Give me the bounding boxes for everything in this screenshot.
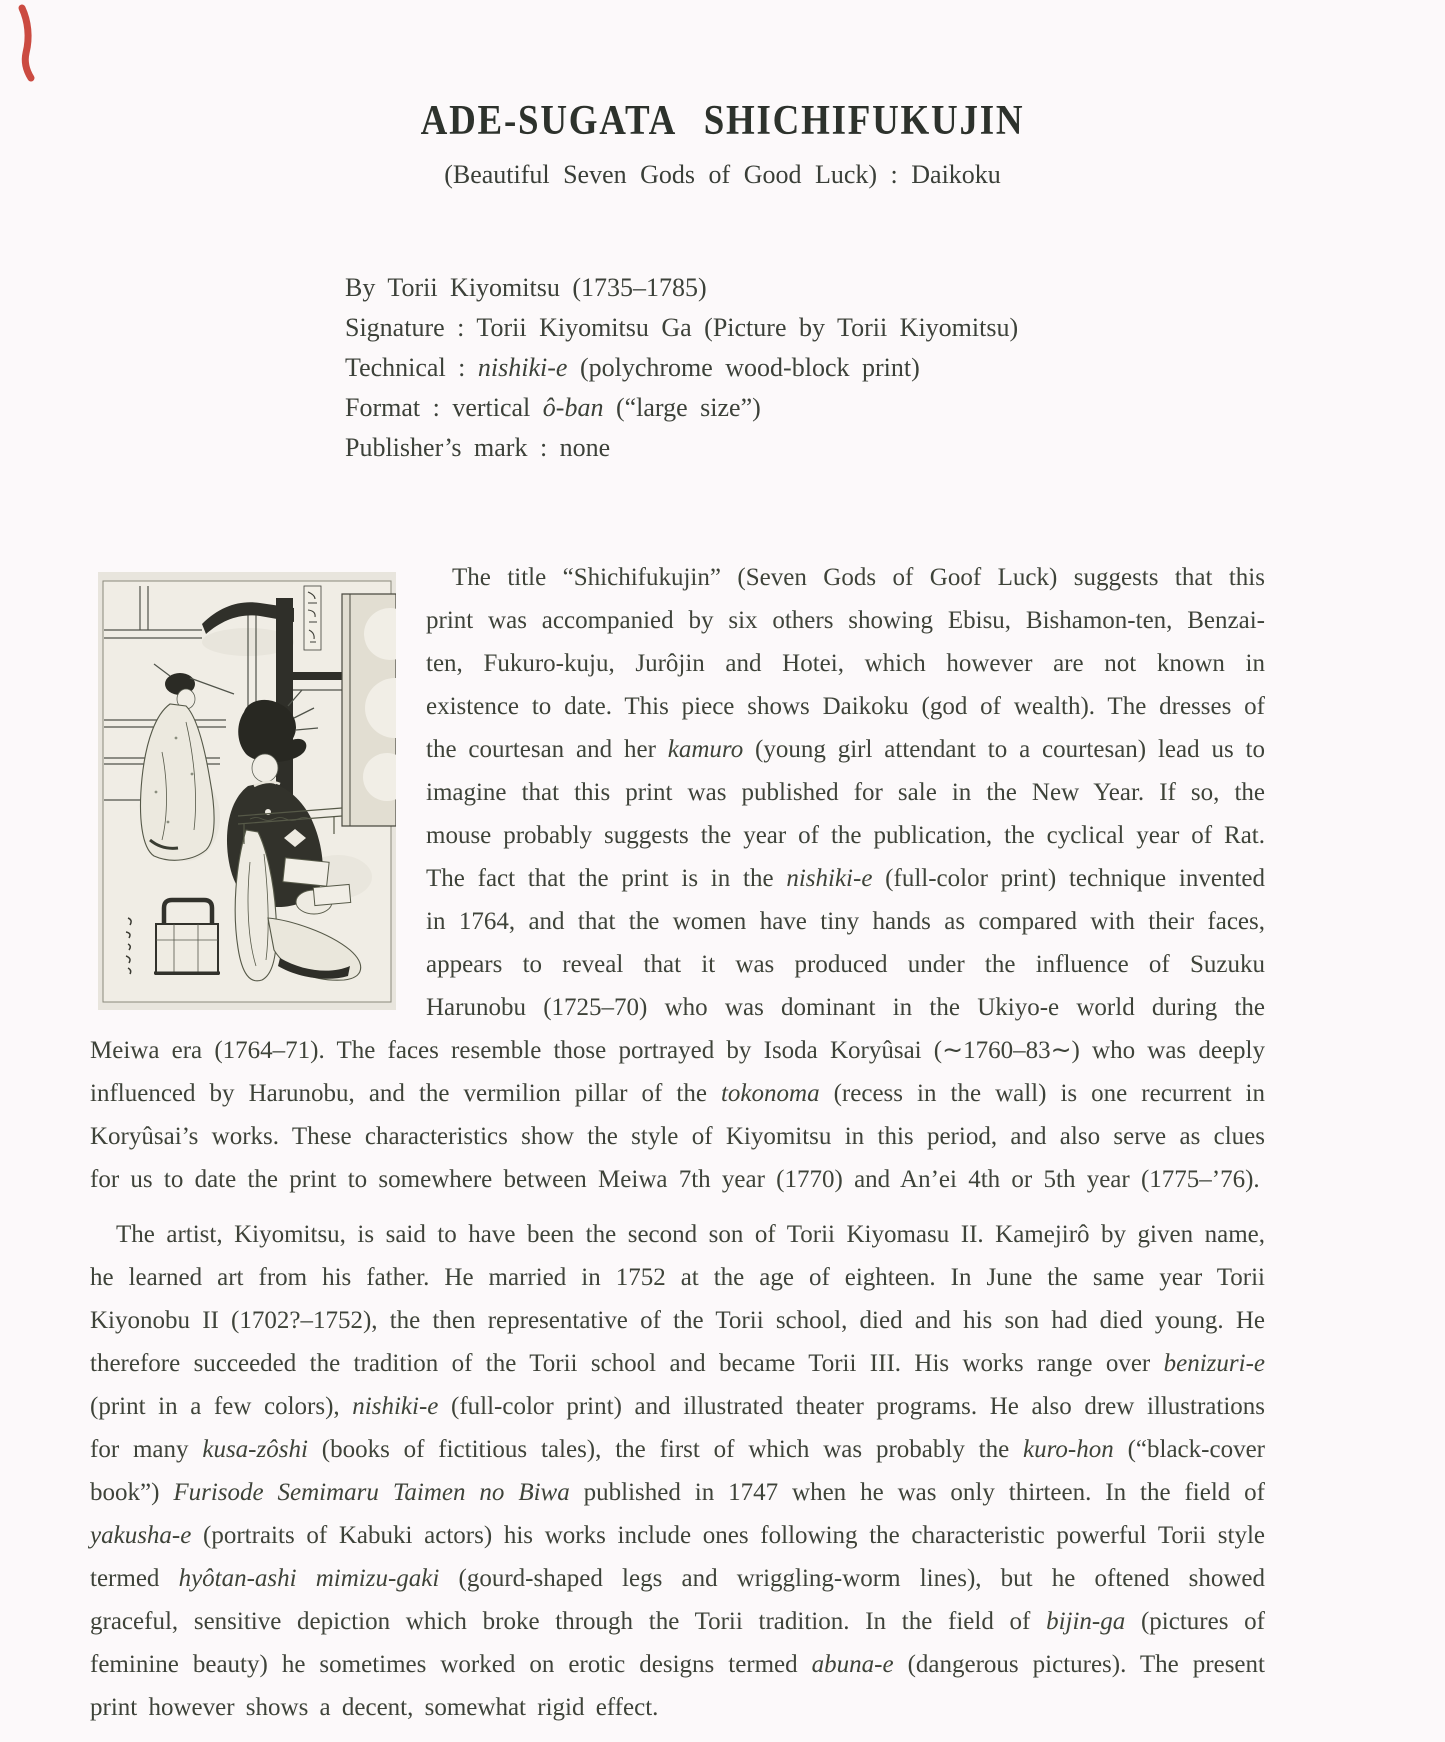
woodblock-print-figure bbox=[98, 572, 396, 1010]
page-subtitle: (Beautiful Seven Gods of Good Luck) : Da… bbox=[0, 160, 1445, 190]
folding-screen bbox=[342, 594, 396, 826]
page-title: ADE-SUGATA SHICHIFUKUJIN bbox=[87, 97, 1359, 145]
meta-line-publisher: Publisher’s mark : none bbox=[345, 428, 1018, 468]
red-ink-mark bbox=[13, 3, 39, 85]
meta-line-artist: By Torii Kiyomitsu (1735–1785) bbox=[345, 268, 1018, 308]
scanned-book-page: ADE-SUGATA SHICHIFUKUJIN (Beautiful Seve… bbox=[0, 0, 1445, 1742]
paragraph-1: The title “Shichifukujin” (Seven Gods of… bbox=[90, 556, 1265, 1201]
meta-line-signature: Signature : Torii Kiyomitsu Ga (Picture … bbox=[345, 308, 1018, 348]
meta-line-format: Format : vertical ô-ban (“large size”) bbox=[345, 388, 1018, 428]
print-metadata: By Torii Kiyomitsu (1735–1785) Signature… bbox=[345, 268, 1018, 468]
article-body: The title “Shichifukujin” (Seven Gods of… bbox=[90, 556, 1265, 1729]
print-reproduction-image bbox=[98, 572, 396, 1010]
print-cartouche bbox=[304, 586, 321, 650]
meta-line-technical: Technical : nishiki-e (polychrome wood-b… bbox=[345, 348, 1018, 388]
paragraph-2: The artist, Kiyomitsu, is said to have b… bbox=[90, 1213, 1265, 1729]
